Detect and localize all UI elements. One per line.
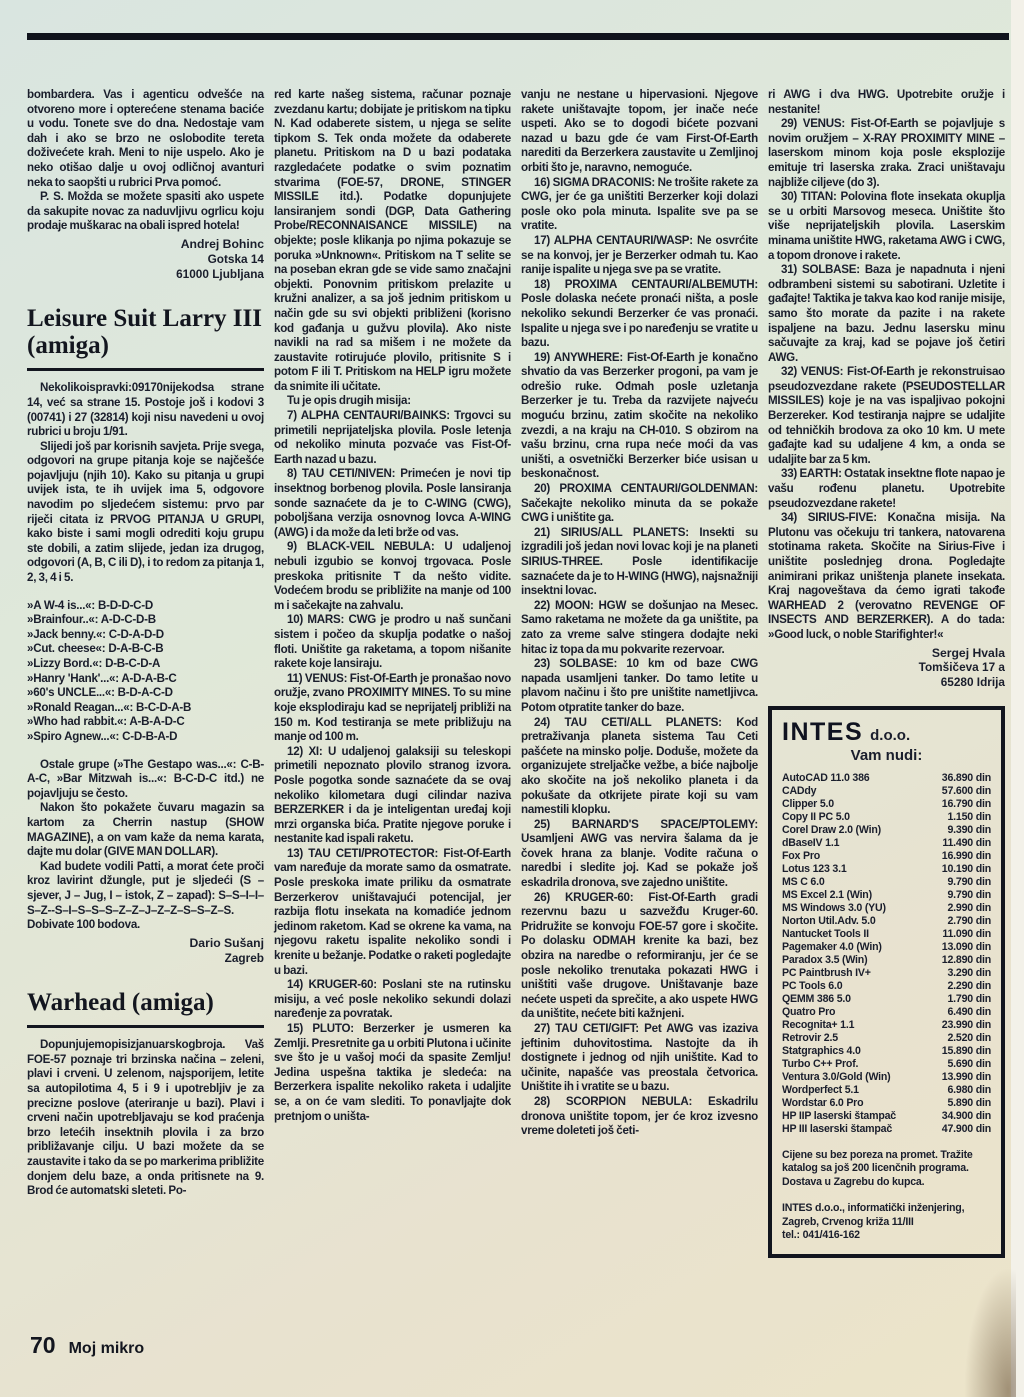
product-name: Wordstar 6.0 Pro — [782, 1097, 863, 1110]
product-name: PC Paintbrush IV+ — [782, 967, 871, 980]
answer-letters: A-D-A-B-C — [121, 672, 176, 685]
price-row: Nantucket Tools II 11.090 din — [782, 928, 991, 941]
product-price: 2.290 din — [947, 980, 991, 993]
price-row: MS C 6.0 9.790 din — [782, 876, 991, 889]
mission-paragraph: 30) TITAN: Polovina flote insekata okupl… — [768, 190, 1005, 263]
product-price: 9.790 din — [947, 889, 991, 902]
price-row: HP III laserski štampač 47.900 din — [782, 1123, 991, 1136]
magazine-page: bombardera. Vas i agenticu odvešće na ot… — [0, 0, 1024, 1397]
mission-paragraph: 28) SCORPION NEBULA: Eskadrilu dronova u… — [521, 1095, 758, 1139]
author-address-line: 61000 Ljubljana — [27, 267, 264, 282]
price-row: Wordstar 6.0 Pro 5.890 din — [782, 1097, 991, 1110]
body-paragraph: Tu je opis drugih misija: — [274, 394, 511, 409]
price-row: Quatro Pro 6.490 din — [782, 1006, 991, 1019]
product-name: Norton Util.Adv. 5.0 — [782, 915, 876, 928]
product-price: 16.990 din — [942, 850, 991, 863]
product-price: 5.890 din — [947, 1097, 991, 1110]
product-price: 11.090 din — [942, 928, 991, 941]
scan-corner-smudge — [964, 1267, 1016, 1397]
answer-row: »Brainfour..«: A-D-C-D-B — [27, 613, 264, 628]
answers-list: »A W-4 is...«: B-D-D-C-D »Brainfour..«: … — [27, 599, 264, 745]
price-row: QEMM 386 5.0 1.790 din — [782, 993, 991, 1006]
answer-question: »60's UNCLE...«: — [27, 686, 115, 699]
product-price: 1.790 din — [947, 993, 991, 1006]
answer-question: »A W-4 is...«: — [27, 599, 95, 612]
product-price: 3.290 din — [947, 967, 991, 980]
product-name: Lotus 123 3.1 — [782, 863, 847, 876]
answer-question: »Cut. cheese«: — [27, 642, 105, 655]
price-row: dBaseIV 1.1 11.490 din — [782, 837, 991, 850]
product-price: 2.990 din — [947, 902, 991, 915]
article-title-line: (amiga) — [27, 332, 109, 359]
intes-brand: INTES — [782, 718, 863, 747]
answer-question: »Ronald Reagan...«: — [27, 701, 133, 714]
author-address-line: Gotska 14 — [27, 252, 264, 267]
price-row: Lotus 123 3.1 10.190 din — [782, 863, 991, 876]
intes-header: INTES d.o.o. — [782, 718, 991, 747]
answer-letters: D-A-B-C-B — [108, 642, 163, 655]
price-row: MS Excel 2.1 (Win) 9.790 din — [782, 889, 991, 902]
product-price: 36.890 din — [942, 772, 991, 785]
article-title-line: Warhead (amiga) — [27, 989, 214, 1016]
answer-question: »Brainfour..«: — [27, 613, 98, 626]
author-address-line: Tomšičeva 17 a — [768, 660, 1005, 675]
intes-advertisement: INTES d.o.o. Vam nudi: AutoCAD 11.0 386 … — [768, 706, 1005, 1258]
product-price: 57.600 din — [942, 785, 991, 798]
price-row: Statgraphics 4.0 15.890 din — [782, 1045, 991, 1058]
page-footer: 70 Moj mikro — [30, 1332, 144, 1359]
article-title-warhead: Warhead (amiga) — [27, 989, 264, 1028]
mission-paragraph: 18) PROXIMA CENTAURI/ALBEMUTH: Posle dol… — [521, 278, 758, 351]
column-2: red karte našeg sistema, računar poznaje… — [274, 88, 511, 1258]
product-name: Ventura 3.0/Gold (Win) — [782, 1071, 891, 1084]
intes-address: INTES d.o.o., informatički inženjering, … — [782, 1202, 991, 1229]
column-3: vanju ne nestane u hipervasioni. Njegove… — [521, 88, 758, 1258]
mission-paragraph: 31) SOLBASE: Baza je napadnuta i njeni o… — [768, 263, 1005, 365]
mission-paragraph: 22) MOON: HGW se došunjao na Mesec. Samo… — [521, 599, 758, 657]
product-name: Retrovir 2.5 — [782, 1032, 838, 1045]
answer-row: »Hanry 'Hank'...«: A-D-A-B-C — [27, 672, 264, 687]
product-name: Quatro Pro — [782, 1006, 835, 1019]
mission-paragraph: 32) VENUS: Fist-Of-Earth je rekonstruisa… — [768, 365, 1005, 467]
answer-letters: A-D-C-D-B — [101, 613, 156, 626]
product-name: dBaseIV 1.1 — [782, 837, 839, 850]
price-row: PC Paintbrush IV+ 3.290 din — [782, 967, 991, 980]
mission-paragraph: 19) ANYWHERE: Fist-Of-Earth je konačno s… — [521, 351, 758, 482]
product-price: 15.890 din — [942, 1045, 991, 1058]
answer-row: »Lizzy Bord.«: D-B-C-D-A — [27, 657, 264, 672]
answer-row: »Ronald Reagan...«: B-C-D-A-B — [27, 701, 264, 716]
answer-letters: A-B-A-D-C — [129, 715, 184, 728]
column-4: ri AWG i dva HWG. Upotrebite oružje i ne… — [768, 88, 1005, 1258]
product-price: 6.490 din — [947, 1006, 991, 1019]
body-paragraph: Dopunjujemopisizjanuarskogbroja. Vaš FOE… — [27, 1038, 264, 1199]
answer-question: »Spiro Agnew...«: — [27, 730, 119, 743]
mission-paragraph: 27) TAU CETI/GIFT: Pet AWG vas izaziva j… — [521, 1022, 758, 1095]
intes-brand-suffix: d.o.o. — [870, 727, 910, 744]
answer-row: »Cut. cheese«: D-A-B-C-B — [27, 642, 264, 657]
mission-paragraph: 15) PLUTO: Berzerker je usmeren ka Zemlj… — [274, 1022, 511, 1124]
author-address-line: 65280 Idrija — [768, 675, 1005, 690]
product-name: HP IIP laserski štampač — [782, 1110, 896, 1123]
product-name: PC Tools 6.0 — [782, 980, 842, 993]
product-name: Fox Pro — [782, 850, 820, 863]
price-row: Retrovir 2.5 2.520 din — [782, 1032, 991, 1045]
mission-paragraph: 11) VENUS: Fist-Of-Earth je pronašao nov… — [274, 672, 511, 745]
answer-question: »Who had rabbit.«: — [27, 715, 127, 728]
answer-question: »Jack benny.«: — [27, 628, 106, 641]
body-paragraph: vanju ne nestane u hipervasioni. Njegove… — [521, 88, 758, 176]
price-row: Fox Pro 16.990 din — [782, 850, 991, 863]
answer-question: »Lizzy Bord.«: — [27, 657, 102, 670]
magazine-name: Moj mikro — [69, 1340, 145, 1358]
price-row: Wordperfect 5.1 6.980 din — [782, 1084, 991, 1097]
product-name: Clipper 5.0 — [782, 798, 834, 811]
mission-paragraph: 9) BLACK-VEIL NEBULA: U udaljenoj nebuli… — [274, 540, 511, 613]
intes-price-list: AutoCAD 11.0 386 36.890 din CADdy 57.600… — [782, 772, 991, 1136]
author-signature: Dario Sušanj Zagreb — [27, 936, 264, 966]
price-row: MS Windows 3.0 (YU) 2.990 din — [782, 902, 991, 915]
price-row: PC Tools 6.0 2.290 din — [782, 980, 991, 993]
author-signature: Sergej Hvala Tomšičeva 17 a 65280 Idrija — [768, 646, 1005, 690]
body-paragraph: Slijedi još par korisnih savjeta. Prije … — [27, 440, 264, 586]
mission-paragraph: 21) SIRIUS/ALL PLANETS: Insekti su izgra… — [521, 526, 758, 599]
scan-edge-strip — [1011, 0, 1024, 1397]
product-name: Nantucket Tools II — [782, 928, 869, 941]
body-paragraph: Nakon što pokažete čuvaru magazin sa kar… — [27, 801, 264, 859]
answer-row: »A W-4 is...«: B-D-D-C-D — [27, 599, 264, 614]
price-row: Paradox 3.5 (Win) 12.890 din — [782, 954, 991, 967]
mission-paragraph: 20) PROXIMA CENTAURI/GOLDENMAN: Sačekajt… — [521, 482, 758, 526]
author-name: Dario Sušanj — [27, 936, 264, 951]
product-price: 6.980 din — [947, 1084, 991, 1097]
mission-paragraph: 23) SOLBASE: 10 km od baze CWG napada us… — [521, 657, 758, 715]
body-paragraph: Kad budete vodili Patti, a morat ćete pr… — [27, 860, 264, 933]
product-price: 12.890 din — [942, 954, 991, 967]
product-name: MS C 6.0 — [782, 876, 825, 889]
product-name: QEMM 386 5.0 — [782, 993, 851, 1006]
mission-list: 16) SIGMA DRACONIS: Ne trošite rakete za… — [521, 176, 758, 1139]
intes-note: Cijene su bez poreza na promet. Tražite … — [782, 1149, 991, 1189]
price-row: Corel Draw 2.0 (Win) 9.390 din — [782, 824, 991, 837]
mission-paragraph: 24) TAU CETI/ALL PLANETS: Kod pretraživa… — [521, 716, 758, 818]
answer-letters: C-D-B-A-D — [122, 730, 177, 743]
product-name: CADdy — [782, 785, 816, 798]
product-price: 9.790 din — [947, 876, 991, 889]
column-1: bombardera. Vas i agenticu odvešće na ot… — [27, 88, 264, 1258]
product-name: HP III laserski štampač — [782, 1123, 892, 1136]
mission-paragraph: 33) EARTH: Ostatak insektne flote napao … — [768, 467, 1005, 511]
intes-subtitle: Vam nudi: — [782, 747, 991, 764]
price-row: Clipper 5.0 16.790 din — [782, 798, 991, 811]
intes-phone: tel.: 041/416-162 — [782, 1229, 991, 1242]
product-name: Wordperfect 5.1 — [782, 1084, 859, 1097]
price-row: CADdy 57.600 din — [782, 785, 991, 798]
price-row: Norton Util.Adv. 5.0 2.790 din — [782, 915, 991, 928]
product-price: 23.990 din — [942, 1019, 991, 1032]
product-price: 2.790 din — [947, 915, 991, 928]
price-row: Ventura 3.0/Gold (Win) 13.990 din — [782, 1071, 991, 1084]
answer-question: »Hanry 'Hank'...«: — [27, 672, 119, 685]
product-name: MS Windows 3.0 (YU) — [782, 902, 886, 915]
mission-paragraph: 10) MARS: CWG je prodro u naš sunčani si… — [274, 613, 511, 671]
author-name: Sergej Hvala — [768, 646, 1005, 661]
price-row: Pagemaker 4.0 (Win) 13.090 din — [782, 941, 991, 954]
answer-row: »Spiro Agnew...«: C-D-B-A-D — [27, 730, 264, 745]
author-address-line: Zagreb — [27, 951, 264, 966]
mission-paragraph: 7) ALPHA CENTAURI/BAINKS: Trgovci su pri… — [274, 409, 511, 467]
answer-row: »Who had rabbit.«: A-B-A-D-C — [27, 715, 264, 730]
article-columns: bombardera. Vas i agenticu odvešće na ot… — [27, 88, 1005, 1258]
author-signature: Andrej Bohinc Gotska 14 61000 Ljubljana — [27, 237, 264, 281]
mission-paragraph: 34) SIRIUS-FIVE: Konačna misija. Na Plut… — [768, 511, 1005, 642]
answer-letters: B-D-D-C-D — [98, 599, 153, 612]
product-name: MS Excel 2.1 (Win) — [782, 889, 872, 902]
mission-paragraph: 13) TAU CETI/PROTECTOR: Fist-Of-Earth va… — [274, 847, 511, 978]
mission-list: 29) VENUS: Fist-Of-Earth se pojavljuje s… — [768, 117, 1005, 642]
product-price: 10.190 din — [942, 863, 991, 876]
product-name: Corel Draw 2.0 (Win) — [782, 824, 881, 837]
product-price: 5.690 din — [947, 1058, 991, 1071]
mission-list: 7) ALPHA CENTAURI/BAINKS: Trgovci su pri… — [274, 409, 511, 1124]
mission-paragraph: 12) XI: U udaljenoj galaksiji su telesko… — [274, 745, 511, 847]
mission-paragraph: 14) KRUGER-60: Poslani ste na rutinsku m… — [274, 978, 511, 1022]
price-row: Copy II PC 5.0 1.150 din — [782, 811, 991, 824]
price-row: Recognita+ 1.1 23.990 din — [782, 1019, 991, 1032]
mission-paragraph: 29) VENUS: Fist-Of-Earth se pojavljuje s… — [768, 117, 1005, 190]
answer-letters: B-D-A-C-D — [118, 686, 173, 699]
mission-paragraph: 25) BARNARD'S SPACE/PTOLEMY: Usamljeni A… — [521, 818, 758, 891]
product-price: 47.900 din — [942, 1123, 991, 1136]
product-price: 16.790 din — [942, 798, 991, 811]
product-price: 34.900 din — [942, 1110, 991, 1123]
product-name: Copy II PC 5.0 — [782, 811, 850, 824]
article-title-leisure-suit-larry: Leisure Suit Larry III (amiga) — [27, 305, 264, 371]
mission-paragraph: 16) SIGMA DRACONIS: Ne trošite rakete za… — [521, 176, 758, 234]
body-paragraph: red karte našeg sistema, računar poznaje… — [274, 88, 511, 394]
author-name: Andrej Bohinc — [27, 237, 264, 252]
body-paragraph: Ostale grupe (»The Gestapo was...«: C-B-… — [27, 758, 264, 802]
product-price: 13.090 din — [942, 941, 991, 954]
product-name: Statgraphics 4.0 — [782, 1045, 861, 1058]
price-row: AutoCAD 11.0 386 36.890 din — [782, 772, 991, 785]
product-price: 9.390 din — [947, 824, 991, 837]
product-name: Turbo C++ Prof. — [782, 1058, 858, 1071]
body-paragraph: bombardera. Vas i agenticu odvešće na ot… — [27, 88, 264, 190]
top-rule — [27, 33, 1009, 40]
answer-letters: C-D-A-D-D — [109, 628, 164, 641]
product-name: Pagemaker 4.0 (Win) — [782, 941, 882, 954]
mission-paragraph: 26) KRUGER-60: Fist-Of-Earth gradi rezer… — [521, 891, 758, 1022]
product-price: 2.520 din — [947, 1032, 991, 1045]
answer-letters: B-C-D-A-B — [136, 701, 191, 714]
answer-letters: D-B-C-D-A — [105, 657, 160, 670]
article-title-line: Leisure Suit Larry III — [27, 305, 262, 332]
body-paragraph: ri AWG i dva HWG. Upotrebite oružje i ne… — [768, 88, 1005, 117]
mission-paragraph: 8) TAU CETI/NIVEN: Primećen je novi tip … — [274, 467, 511, 540]
product-name: AutoCAD 11.0 386 — [782, 772, 869, 785]
product-price: 11.490 din — [942, 837, 991, 850]
body-paragraph: Nekolikoispravki:09170nijekodsa strane 1… — [27, 381, 264, 439]
body-paragraph: P. S. Možda se možete spasiti ako uspete… — [27, 190, 264, 234]
product-name: Recognita+ 1.1 — [782, 1019, 854, 1032]
answer-row: »Jack benny.«: C-D-A-D-D — [27, 628, 264, 643]
product-price: 1.150 din — [947, 811, 991, 824]
page-number: 70 — [30, 1332, 56, 1359]
answer-row: »60's UNCLE...«: B-D-A-C-D — [27, 686, 264, 701]
price-row: Turbo C++ Prof. 5.690 din — [782, 1058, 991, 1071]
product-price: 13.990 din — [942, 1071, 991, 1084]
product-name: Paradox 3.5 (Win) — [782, 954, 867, 967]
mission-paragraph: 17) ALPHA CENTAURI/WASP: Ne osvrćite se … — [521, 234, 758, 278]
price-row: HP IIP laserski štampač 34.900 din — [782, 1110, 991, 1123]
